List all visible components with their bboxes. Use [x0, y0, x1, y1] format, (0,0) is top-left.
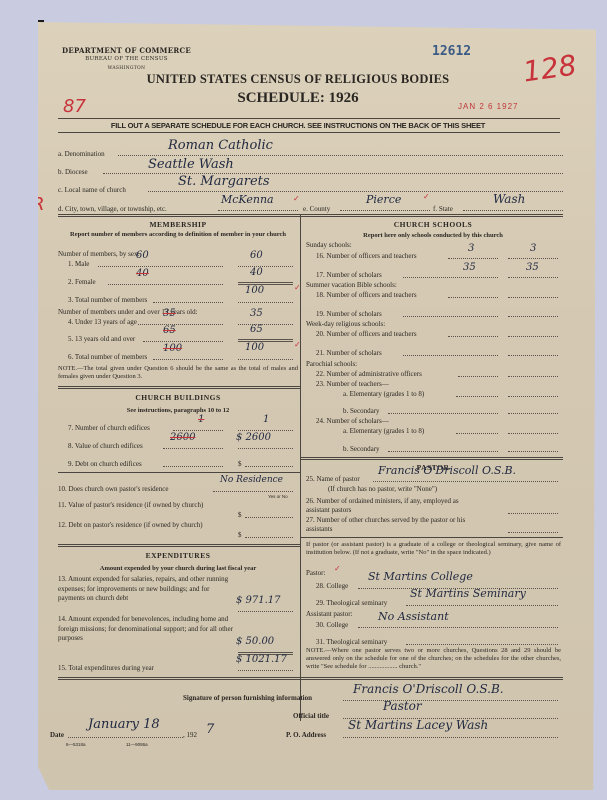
running-expenses-label: 13. Amount expended for salaries, repair…: [58, 575, 236, 604]
sunday-scholars-value: 35: [526, 262, 539, 273]
seminary-label: 29. Theological seminary: [316, 599, 387, 607]
sunday-schools-title: Sunday schools:: [306, 241, 352, 249]
city-value: McKenna: [221, 193, 274, 206]
male-corrected-field[interactable]: [238, 257, 293, 267]
total-members-original-field[interactable]: [153, 293, 223, 303]
sunday-teachers-value: 3: [530, 243, 536, 254]
weekday-scholars-field[interactable]: [508, 346, 558, 356]
summer-scholars-original-field[interactable]: [403, 307, 498, 317]
total-expenditures-value: $ 1021.17: [236, 654, 287, 665]
parochial-scholars-elementary-original-field[interactable]: [456, 424, 498, 434]
parochial-scholars-secondary-field[interactable]: [508, 442, 558, 452]
graduate-instructions: If pastor (or assistant pastor) is a gra…: [306, 541, 561, 557]
pastor-name-label: 25. Name of pastor: [306, 475, 360, 483]
section-divider: [300, 537, 563, 538]
parochial-teachers-elementary-label: a. Elementary (grades 1 to 8): [343, 390, 424, 398]
over-13-original-field[interactable]: [143, 332, 223, 342]
serial-number: 12612: [432, 44, 471, 59]
residence-debt-currency: $: [238, 531, 242, 539]
asst-college-label: 30. College: [316, 621, 348, 629]
total-expenditures-label: 15. Total expenditures during year: [58, 664, 154, 672]
instruction-banner: FILL OUT A SEPARATE SCHEDULE FOR EACH CH…: [38, 121, 558, 130]
form-title: UNITED STATES CENSUS OF RELIGIOUS BODIES: [38, 72, 558, 87]
under-13-label: 4. Under 13 years of age: [68, 318, 137, 326]
college-value: St Martins College: [368, 570, 473, 583]
parochial-admin-field[interactable]: [508, 367, 558, 377]
female-corrected: 40: [250, 267, 263, 278]
state-value: Wash: [493, 192, 525, 206]
diocese-label: b. Diocese: [58, 168, 88, 176]
sunday-scholars-label: 17. Number of scholars: [316, 271, 382, 279]
parochial-teachers-elementary-field[interactable]: [508, 387, 558, 397]
sunday-scholars-original: 35: [463, 262, 476, 273]
checkmark-icon: ✓: [294, 340, 301, 349]
department-heading: DEPARTMENT OF COMMERCE BUREAU OF THE CEN…: [62, 46, 191, 73]
official-title-value: Pastor: [383, 699, 422, 713]
received-date-stamp: JAN 2 6 1927: [458, 102, 518, 111]
pastor-subheading: Pastor:: [306, 569, 325, 577]
checkmark-icon: ✓: [334, 564, 341, 573]
summer-teachers-label: 18. Number of officers and teachers: [316, 291, 417, 299]
county-label: e. County: [303, 205, 330, 213]
assistant-ministers-field[interactable]: [508, 504, 558, 514]
state-label: f. State: [433, 205, 453, 213]
under-13-original-field[interactable]: [138, 315, 223, 325]
weekday-schools-title: Week-day religious schools:: [306, 320, 385, 328]
parochial-teachers-secondary-label: b. Secondary: [343, 407, 380, 415]
over-13-field[interactable]: [238, 332, 293, 342]
pastor-note: NOTE.—Where one pastor serves two or mor…: [306, 647, 561, 671]
form-code-2: 11—9086a: [126, 742, 148, 747]
parochial-teachers-secondary-field[interactable]: [508, 404, 558, 414]
summer-scholars-field[interactable]: [508, 307, 558, 317]
weekday-teachers-field[interactable]: [508, 327, 558, 337]
local-name-value: St. Margarets: [178, 174, 270, 189]
total-by-age-original: 100: [163, 343, 182, 354]
expenditures-subheading: Amount expended by your church during la…: [58, 564, 298, 573]
other-churches-field[interactable]: [508, 523, 558, 533]
parochial-scholars-label: 24. Number of scholars—: [316, 417, 389, 425]
total-by-age-label: 6. Total number of members: [68, 353, 147, 361]
residence-value-currency: $: [238, 511, 242, 519]
header-rule-top: [58, 118, 560, 119]
college-label: 28. College: [316, 582, 348, 590]
summer-teachers-original-field[interactable]: [448, 288, 498, 298]
local-name-label: c. Local name of church: [58, 186, 126, 194]
edifices-debt-field[interactable]: [245, 457, 293, 467]
edifices-debt-label: 9. Debt on church edifices: [68, 460, 142, 468]
summer-schools-title: Summer vacation Bible schools:: [306, 281, 397, 289]
male-original-field[interactable]: [98, 257, 223, 267]
weekday-scholars-label: 21. Number of scholars: [316, 349, 382, 357]
over-13-label: 5. 13 years old and over: [68, 335, 135, 343]
male-corrected: 60: [250, 250, 263, 261]
checkmark-icon: ✓: [293, 194, 300, 203]
parochial-admin-original-field[interactable]: [458, 367, 498, 377]
edifices-debt-original-field[interactable]: [163, 457, 223, 467]
female-corrected-field[interactable]: [238, 275, 293, 285]
section-divider: [58, 677, 563, 680]
benevolences-label: 14. Amount expended for benevolences, in…: [58, 615, 236, 644]
county-value: Pierce: [366, 193, 401, 206]
parochial-teachers-label: 23. Number of teachers—: [316, 380, 389, 388]
section-divider: [58, 544, 300, 547]
parochial-teachers-secondary-original-field[interactable]: [388, 404, 498, 414]
header-rule-bottom: [58, 132, 560, 133]
form-code-1: 6—5318a: [66, 742, 86, 747]
parochial-admin-label: 22. Number of administrative officers: [316, 370, 422, 378]
annotation-r: R: [32, 194, 45, 215]
female-label: 2. Female: [68, 278, 96, 286]
membership-note: NOTE.—The total given under Question 6 s…: [58, 365, 298, 381]
census-schedule-document: DEPARTMENT OF COMMERCE BUREAU OF THE CEN…: [38, 22, 596, 790]
total-members-label: 3. Total number of members: [68, 296, 147, 304]
parochial-scholars-secondary-original-field[interactable]: [388, 442, 498, 452]
section-divider: [58, 472, 300, 473]
running-expenses-value: $ 971.17: [236, 595, 281, 606]
edifices-debt-currency: $: [238, 460, 242, 468]
city-label: d. City, town, village, or township, etc…: [58, 205, 167, 213]
denomination-value: Roman Catholic: [168, 138, 273, 153]
under-13-field[interactable]: [238, 315, 293, 325]
asst-seminary-field[interactable]: [406, 635, 558, 645]
denomination-label: a. Denomination: [58, 150, 105, 158]
under-13-value: 35: [250, 308, 263, 319]
weekday-teachers-original-field[interactable]: [448, 327, 498, 337]
schools-heading: CHURCH SCHOOLS: [303, 220, 563, 229]
asst-seminary-label: 31. Theological seminary: [316, 638, 387, 646]
parochial-scholars-elementary-field[interactable]: [508, 424, 558, 434]
weekday-teachers-label: 20. Number of officers and teachers: [316, 330, 417, 338]
year-value: 7: [206, 722, 214, 737]
buildings-heading: CHURCH BUILDINGS: [58, 393, 298, 402]
female-original: 40: [136, 268, 149, 279]
edifices-value: $ 2600: [236, 432, 271, 443]
residence-debt-field[interactable]: [245, 528, 293, 538]
address-value: St Martins Lacey Wash: [348, 718, 488, 732]
edifices-count-original: 1: [198, 414, 204, 425]
membership-subheading: Report number of members according to de…: [68, 230, 288, 239]
assistant-ministers-label: 26. Number of ordained ministers, if any…: [306, 497, 476, 515]
total-by-age-value: 100: [245, 342, 264, 353]
diocese-value: Seattle Wash: [148, 157, 234, 172]
checkmark-icon: ✓: [423, 192, 430, 201]
signature-label: Signature of person furnishing informati…: [183, 694, 312, 702]
female-original-field[interactable]: [108, 275, 223, 285]
section-divider: [58, 386, 300, 389]
seminary-value: St Martins Seminary: [410, 587, 526, 600]
edifices-count-value: 1: [263, 414, 269, 425]
sunday-teachers-original: 3: [468, 243, 474, 254]
summer-scholars-label: 19. Number of scholars: [316, 310, 382, 318]
section-divider: [58, 214, 563, 217]
over-13-value: 65: [250, 324, 263, 335]
parochial-scholars-elementary-label: a. Elementary (grades 1 to 8): [343, 427, 424, 435]
parochial-teachers-elementary-original-field[interactable]: [456, 387, 498, 397]
pastor-name-value: Francis O'Driscoll O.S.B.: [378, 464, 516, 477]
parochial-scholars-secondary-label: b. Secondary: [343, 445, 380, 453]
year-prefix: , 192: [183, 731, 197, 739]
edifices-value-label: 8. Value of church edifices: [68, 442, 143, 450]
yes-no-hint: Yes or No: [268, 494, 288, 499]
buildings-subheading: See instructions, paragraphs 10 to 12: [58, 406, 298, 415]
signature-value: Francis O'Driscoll O.S.B.: [353, 682, 504, 696]
edifices-count-label: 7. Number of church edifices: [68, 424, 150, 432]
over-13-original: 65: [163, 325, 176, 336]
asst-college-value: No Assistant: [378, 610, 449, 623]
sunday-teachers-label: 16. Number of officers and teachers: [316, 252, 417, 260]
other-churches-label: 27. Number of other churches served by t…: [306, 516, 476, 534]
owns-residence-value: No Residence: [220, 475, 283, 485]
owns-residence-label: 10. Does church own pastor's residence: [58, 485, 169, 493]
residence-value-label: 11. Value of pastor's residence (if owne…: [58, 501, 238, 510]
benevolences-value: $ 50.00: [236, 636, 274, 647]
official-title-label: Official title: [293, 712, 329, 720]
parochial-schools-title: Parochial schools:: [306, 360, 357, 368]
annotation-87: 87: [63, 96, 86, 117]
male-original: 60: [136, 250, 149, 261]
sunday-scholars-original-field[interactable]: [403, 268, 498, 278]
weekday-scholars-original-field[interactable]: [403, 346, 498, 356]
department-name: DEPARTMENT OF COMMERCE: [62, 46, 191, 55]
checkmark-icon: ✓: [294, 283, 301, 292]
date-value: January 18: [88, 717, 160, 732]
section-divider: [300, 457, 563, 460]
pastor-name-hint: (If church has no pastor, write "None"): [328, 485, 437, 493]
male-label: 1. Male: [68, 260, 89, 268]
assistant-pastor-subheading: Assistant pastor:: [306, 610, 352, 618]
edifices-value-original: 2600: [170, 432, 195, 443]
residence-value-field[interactable]: [245, 508, 293, 518]
summer-teachers-field[interactable]: [508, 288, 558, 298]
date-label: Date: [50, 731, 64, 739]
address-label: P. O. Address: [286, 731, 326, 739]
under-13-original: 35: [163, 308, 176, 319]
schools-subheading: Report here only schools conducted by th…: [303, 231, 563, 240]
residence-debt-label: 12. Debt on pastor's residence (if owned…: [58, 521, 238, 530]
expenditures-heading: EXPENDITURES: [58, 551, 298, 560]
bureau-name: BUREAU OF THE CENSUS: [62, 55, 191, 64]
total-members-value: 100: [245, 285, 264, 296]
membership-heading: MEMBERSHIP: [58, 220, 298, 229]
